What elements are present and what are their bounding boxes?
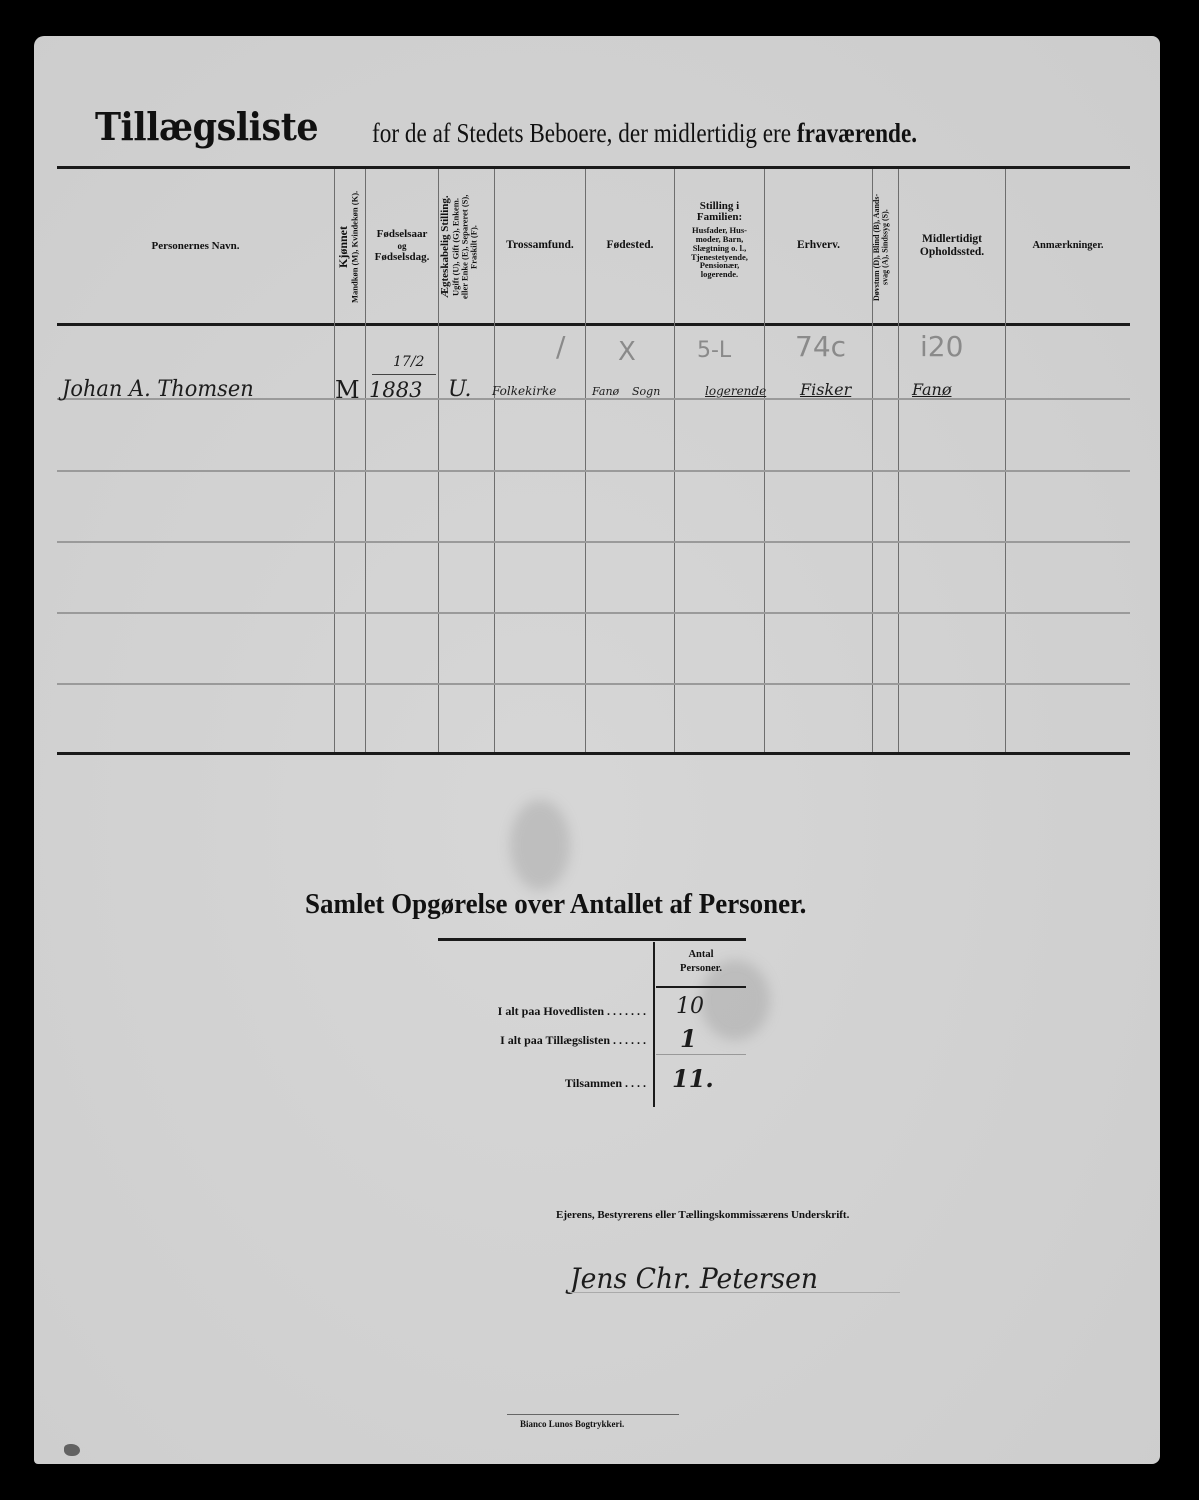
header-fodsel-line2: og <box>398 241 407 251</box>
form-title-main: Tillægsliste <box>95 104 318 149</box>
summary-value-hovedlisten: 10 <box>676 994 704 1019</box>
summary-label-hovedlisten: I alt paa Hovedlisten . . . . . . . <box>498 1004 646 1019</box>
pencil-mark-tro: / <box>556 330 565 363</box>
summary-column-header: Antal Personer. <box>656 948 746 975</box>
header-kjon: Kjønnet Mandkøn (M), Kvindekøn (K). <box>337 172 365 322</box>
header-anm: Anmærkninger. <box>1006 169 1130 323</box>
row-divider <box>57 612 1130 614</box>
paper-stain <box>510 800 570 890</box>
row-divider <box>57 683 1130 685</box>
header-stilling-line2: Familien: <box>697 212 742 224</box>
header-tro: Trossamfund. <box>495 169 585 323</box>
cell-fodselsaar: 1883 <box>369 378 422 402</box>
summary-label-tilsammen: Tilsammen . . . . <box>565 1076 646 1091</box>
table-bottom-rule <box>57 752 1130 755</box>
header-stilling-line8: logerende. <box>701 270 738 279</box>
cell-erhverv: Fisker <box>800 380 851 399</box>
fraction-bar <box>372 374 436 375</box>
header-tro-label: Trossamfund. <box>506 239 574 252</box>
printer-rule <box>507 1414 679 1415</box>
header-anm-label: Anmærkninger. <box>1032 240 1103 252</box>
header-fodsel-line1: Fødselsaar <box>377 228 428 241</box>
summary-value-tillaegslisten: 1 <box>680 1024 697 1053</box>
form-subtitle-text: for de af Stedets Beboere, der midlertid… <box>372 118 791 148</box>
summary-title: Samlet Opgørelse over Antallet af Person… <box>305 888 806 921</box>
form-subtitle-emphasis: fraværende. <box>797 118 917 148</box>
cell-tro: Folkekirke <box>492 384 556 398</box>
header-sans: Døvstum (D), Blind (B), Aands- svag (A),… <box>873 172 898 322</box>
printer-imprint: Bianco Lunos Bogtrykkeri. <box>520 1419 624 1429</box>
header-fodested: Fødested. <box>586 169 674 323</box>
cell-fodested: Fanø <box>592 385 619 398</box>
pencil-mark-fodested: X <box>618 337 636 367</box>
header-sans-line2: svag (A), Sindssyg (S). <box>880 209 889 285</box>
ink-blot <box>64 1444 80 1456</box>
row-divider <box>57 470 1130 472</box>
form-subtitle: for de af Stedets Beboere, der midlertid… <box>372 118 917 149</box>
pencil-mark-stilling: 5-L <box>697 338 731 363</box>
header-navn-label: Personernes Navn. <box>152 240 240 253</box>
cell-fodselsdag: 17/2 <box>393 354 424 370</box>
pencil-mark-erhverv: 74c <box>795 330 846 363</box>
header-fodested-label: Fødested. <box>607 239 654 252</box>
signature-line <box>570 1292 900 1293</box>
header-erhverv: Erhverv. <box>765 169 872 323</box>
header-opholdssted-line2: Opholdssted. <box>920 246 984 259</box>
summary-column-header-line1: Antal <box>688 949 713 960</box>
row-divider <box>57 541 1130 543</box>
header-stilling: Stilling i Familien: Husfader, Hus- mode… <box>675 180 764 300</box>
summary-top-rule <box>438 938 746 941</box>
header-fodsel: Fødselsaar og Fødselsdag. <box>366 169 438 323</box>
signature-name: Jens Chr. Petersen <box>570 1262 818 1295</box>
header-erhverv-label: Erhverv. <box>797 239 840 252</box>
header-navn: Personernes Navn. <box>57 169 334 323</box>
cell-opholdssted: Fanø <box>912 380 952 399</box>
header-bottom-rule <box>57 323 1130 326</box>
header-fodsel-line3: Fødselsdag. <box>375 251 430 264</box>
column-divider <box>334 169 335 752</box>
pencil-mark-opholdssted: i20 <box>920 330 963 363</box>
signature-caption: Ejerens, Bestyrerens eller Tællingskommi… <box>556 1209 849 1221</box>
summary-vertical-rule <box>653 942 655 1107</box>
summary-column-header-line2: Personer. <box>680 963 722 974</box>
header-opholdssted: Midlertidigt Opholdssted. <box>899 169 1005 323</box>
form-title: Tillægsliste <box>95 104 338 149</box>
summary-label-tillaegslisten: I alt paa Tillægslisten . . . . . . <box>500 1033 646 1048</box>
cell-stilling: logerende <box>705 384 766 398</box>
header-kjon-sub: Mandkøn (M), Kvindekøn (K). <box>350 191 360 303</box>
header-opholdssted-line1: Midlertidigt <box>922 233 982 246</box>
summary-value-tilsammen: 11. <box>672 1064 714 1093</box>
summary-header-rule <box>656 986 746 988</box>
cell-fodested-extra: Sogn <box>632 385 660 398</box>
header-aegteskab-title: Ægteskabelig Stilling. <box>439 196 451 299</box>
summary-total-rule <box>656 1054 746 1055</box>
header-kjon-title: Kjønnet <box>336 226 350 268</box>
cell-aegteskab: U. <box>448 377 472 402</box>
header-aegteskab-line4: Fraskilt (F). <box>468 225 478 269</box>
cell-kjon: M <box>335 376 360 404</box>
header-aegteskab: Ægteskabelig Stilling. Ugift (U), Gift (… <box>440 172 494 322</box>
cell-navn: Johan A. Thomsen <box>62 377 254 402</box>
